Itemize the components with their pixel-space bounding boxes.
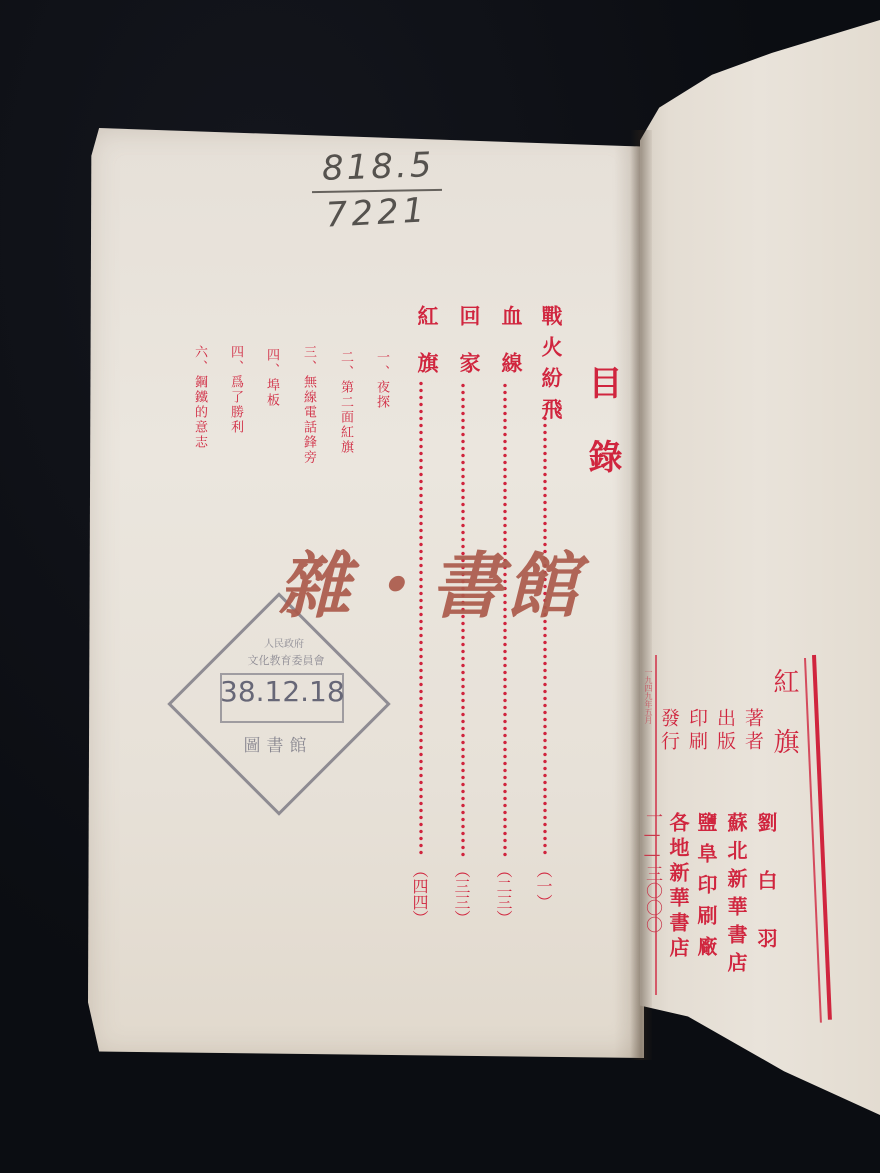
colophon-value: 鹽阜印刷廠 <box>692 812 721 967</box>
stamp-date: 38.12.18 <box>220 675 340 708</box>
colophon-label: 發行 <box>656 708 683 754</box>
print-count: 一——三〇〇〇 <box>640 808 665 933</box>
stamp-line1: 人民政府 <box>174 635 394 650</box>
toc-entry-title: 紅旗 <box>412 305 442 399</box>
colophon-value: 劉白羽 <box>752 812 781 986</box>
toc-leader-dots <box>543 415 547 855</box>
toc-entry-page: （三三） <box>450 862 473 926</box>
colophon-label: 出版 <box>712 708 739 754</box>
colophon-value: 蘇北新華書店 <box>722 812 751 980</box>
toc-sub-entry: 四、埠板 <box>262 348 281 408</box>
toc-sub-entry: 六、鋼鐵的意志 <box>190 345 209 450</box>
watermark: 雜・書館 <box>278 528 618 632</box>
toc-entry-title: 戰火紛飛 <box>536 305 566 429</box>
colophon-title: 紅旗 <box>766 668 803 788</box>
toc-sub-entry: 二、第二面紅旗 <box>336 350 355 455</box>
call-number-bottom: 7221 <box>321 193 433 233</box>
toc-entry-page: （一） <box>532 862 555 910</box>
toc-sub-entry: 三、無線電話鋒旁 <box>299 345 318 465</box>
edition-note: 一九四九年五月 <box>643 668 654 724</box>
toc-sub-entry: 一、夜探 <box>372 350 391 410</box>
call-number: 818.5 7221 <box>322 150 432 230</box>
colophon-label: 印刷 <box>684 708 711 754</box>
toc-entry-page: （二三） <box>492 862 515 926</box>
call-number-top: 818.5 <box>321 148 432 186</box>
toc-heading: 目錄 <box>578 365 627 513</box>
stamp-line2: 文化教育委員會 <box>176 652 396 668</box>
toc-entry-title: 回家 <box>454 305 484 399</box>
toc-entry-page: （四四） <box>408 862 431 926</box>
colophon-value: 各地新華書店 <box>664 812 693 962</box>
toc-sub-entry: 四、爲了勝利 <box>226 345 245 435</box>
colophon-label: 著者 <box>740 708 767 754</box>
stamp-line3: 圖書館 <box>168 731 388 756</box>
toc-entry-title: 血線 <box>496 305 526 399</box>
